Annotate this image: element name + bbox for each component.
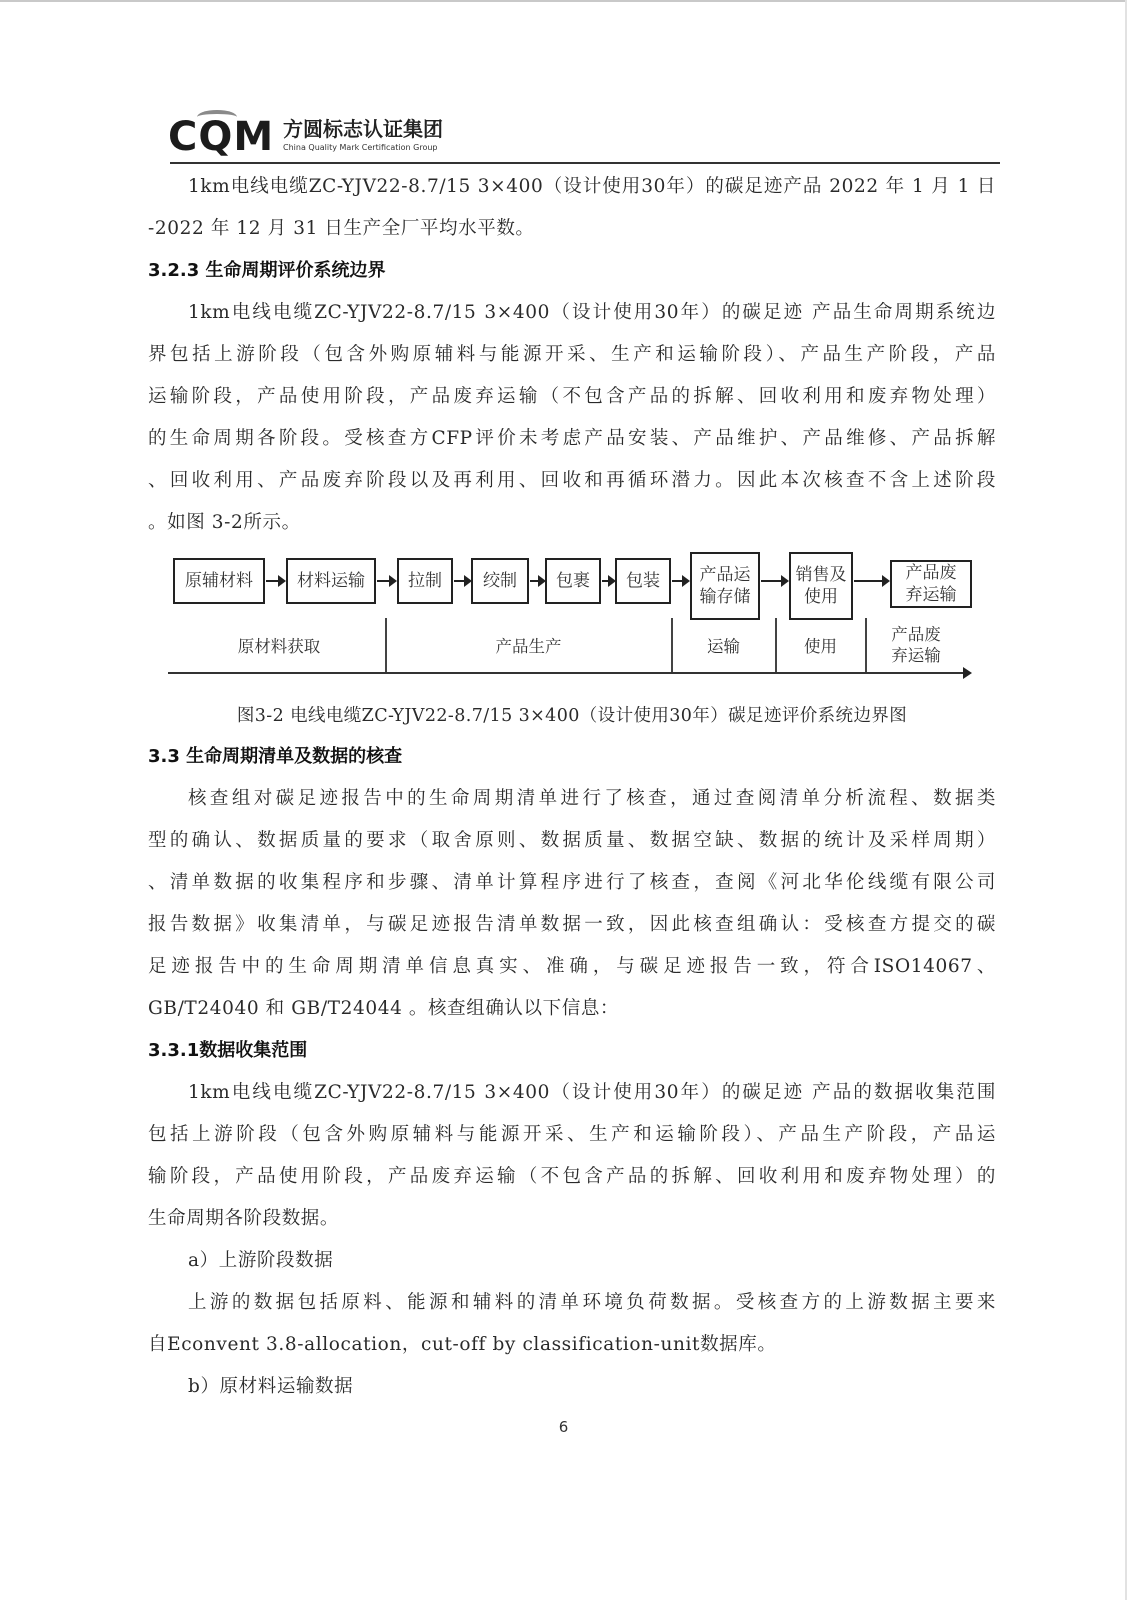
paragraph-line: 。如图 3-2所示。 [148, 502, 996, 544]
paragraph-line: 界包括上游阶段（包含外购原辅料与能源开采、生产和运输阶段）、产品生产阶段，产品 [148, 334, 996, 376]
timeline-arrow [168, 672, 968, 674]
arrow-icon [854, 580, 888, 582]
paragraph-line: 1km电线电缆ZC-YJV22-8.7/15 3×400（设计使用30年）的碳足… [148, 1072, 996, 1114]
arrow-icon [377, 580, 395, 582]
paragraph-line: 输阶段，产品使用阶段，产品废弃运输（不包含产品的拆解、回收利用和废弃物处理）的 [148, 1156, 996, 1198]
paragraph-line: GB/T24040 和 GB/T24044 。核查组确认以下信息： [148, 988, 996, 1030]
page-number: 6 [0, 1418, 1127, 1436]
paragraph-line: 生命周期各阶段数据。 [148, 1198, 996, 1240]
stage-disposal-transport: 产品废 弃运输 [866, 624, 966, 666]
diagram-box-raw-materials: 原辅材料 [173, 558, 265, 604]
page-header: CQM 方圆标志认证集团 China Quality Mark Certific… [160, 105, 1000, 163]
diagram-box-disposal-transport: 产品废 弃运输 [890, 560, 972, 608]
org-name-cn: 方圆标志认证集团 [283, 117, 443, 141]
list-item-b: b）原材料运输数据 [148, 1366, 996, 1408]
diagram-box-sales-use: 销售及 使用 [789, 552, 853, 620]
arrow-icon [266, 580, 284, 582]
arrow-icon [761, 580, 787, 582]
page-content: 1km电线电缆ZC-YJV22-8.7/15 3×400（设计使用30年）的碳足… [148, 166, 996, 1408]
diagram-box-wrapping: 包裹 [545, 558, 601, 604]
paragraph-line: 报告数据》收集清单，与碳足迹报告清单数据一致，因此核查组确认：受核查方提交的碳 [148, 904, 996, 946]
arrow-icon [454, 580, 470, 582]
org-name-en: China Quality Mark Certification Group [283, 143, 438, 153]
paragraph-line: 、回收利用、产品废弃阶段以及再利用、回收和再循环潜力。因此本次核查不含上述阶段 [148, 460, 996, 502]
stage-production: 产品生产 [386, 636, 671, 657]
list-item-a: a）上游阶段数据 [148, 1240, 996, 1282]
page-top-edge [0, 0, 1127, 2]
paragraph-line: 核查组对碳足迹报告中的生命周期清单进行了核查，通过查阅清单分析流程、数据类 [148, 778, 996, 820]
section-heading-3-3-1: 3.3.1数据收集范围 [148, 1030, 996, 1072]
paragraph-line: 运输阶段，产品使用阶段，产品废弃运输（不包含产品的拆解、回收利用和废弃物处理） [148, 376, 996, 418]
section-heading-3-3: 3.3 生命周期清单及数据的核查 [148, 736, 996, 778]
diagram-box-stranding: 绞制 [471, 558, 529, 604]
paragraph-line: 上游的数据包括原料、能源和辅料的清单环境负荷数据。受核查方的上游数据主要来 [148, 1282, 996, 1324]
paragraph-line: 、清单数据的收集程序和步骤、清单计算程序进行了核查，查阅《河北华伦线缆有限公司 [148, 862, 996, 904]
paragraph-line: 足迹报告中的生命周期清单信息真实、准确，与碳足迹报告一致，符合ISO14067、 [148, 946, 996, 988]
figure-caption: 图3-2 电线电缆ZC-YJV22-8.7/15 3×400（设计使用30年）碳… [148, 696, 996, 736]
arrow-icon [602, 580, 614, 582]
stage-transport: 运输 [672, 636, 775, 657]
paragraph-line: -2022 年 12 月 31 日生产全厂平均水平数。 [148, 208, 996, 250]
header-divider [170, 162, 1000, 164]
stage-use: 使用 [776, 636, 865, 657]
stage-raw-material-acquisition: 原材料获取 [173, 636, 385, 657]
paragraph-line: 1km电线电缆ZC-YJV22-8.7/15 3×400（设计使用30年）的碳足… [148, 166, 996, 208]
diagram-box-packaging: 包装 [615, 558, 671, 604]
paragraph-line: 的生命周期各阶段。受核查方CFP评价未考虑产品安装、产品维护、产品维修、产品拆解 [148, 418, 996, 460]
paragraph-line: 包括上游阶段（包含外购原辅料与能源开采、生产和运输阶段）、产品生产阶段，产品运 [148, 1114, 996, 1156]
diagram-box-drawing: 拉制 [397, 558, 453, 604]
system-boundary-diagram: 原辅材料 材料运输 拉制 绞制 包裹 包装 产品运 输存储 销售及 使用 产品废… [148, 550, 996, 688]
arrow-icon [530, 580, 544, 582]
logo-cqm: CQM [168, 115, 274, 159]
paragraph-line: 型的确认、数据质量的要求（取舍原则、数据质量、数据空缺、数据的统计及采样周期） [148, 820, 996, 862]
section-heading-3-2-3: 3.2.3 生命周期评价系统边界 [148, 250, 996, 292]
arrow-icon [672, 580, 688, 582]
paragraph-line: 自Econvent 3.8-allocation，cut-off by clas… [148, 1324, 996, 1366]
paragraph-line: 1km电线电缆ZC-YJV22-8.7/15 3×400（设计使用30年）的碳足… [148, 292, 996, 334]
diagram-box-material-transport: 材料运输 [286, 558, 376, 604]
diagram-box-product-transport-storage: 产品运 输存储 [690, 552, 760, 620]
